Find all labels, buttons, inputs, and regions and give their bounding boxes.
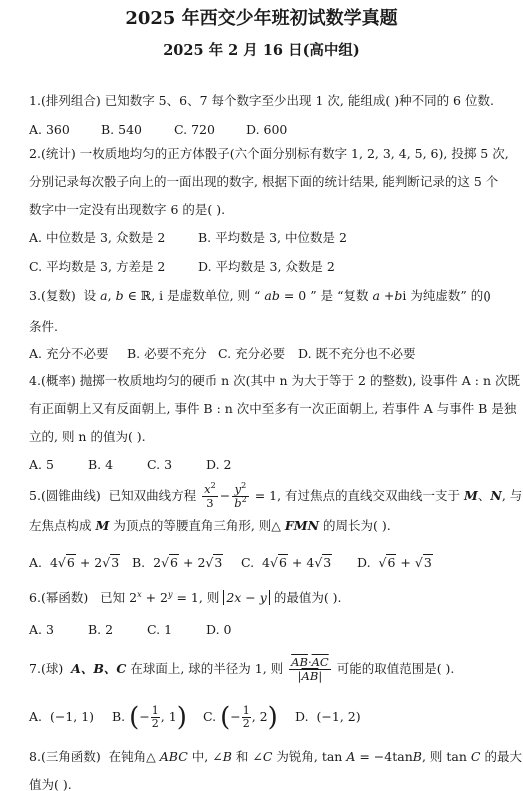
exam-date-subtitle: 2025 年 2 月 16 日(高中组) (0, 39, 523, 60)
sqrt: √6 (379, 555, 397, 571)
question-number: 8. (29, 749, 41, 764)
coefficient: 4 (306, 555, 314, 570)
option-label: C. (241, 555, 254, 570)
upper-bound: , 2 (252, 709, 268, 724)
option-value: (−1, 1) (50, 709, 94, 724)
text: 在钝角△ (109, 749, 156, 764)
text: 为锐角, tan (276, 749, 342, 764)
math-var: a (100, 288, 107, 303)
option-d: D. √6 + √3 (357, 555, 433, 571)
question-8: 8.(三角函数) 在钝角△ ABC 中, ∠B 和 ∠C 为锐角, tan A … (29, 749, 522, 765)
question-category: (排列组合) (41, 93, 101, 108)
sqrt: √6 (58, 555, 76, 571)
option-c: C. 充分必要 (218, 346, 285, 362)
answer-blank-close: ) (486, 288, 491, 304)
question-4: 4.(概率) 抛掷一枚质地均匀的硬币 n 次(其中 n 为大于等于 2 的整数)… (29, 373, 520, 389)
sqrt: √3 (102, 555, 120, 571)
question-number: 1. (29, 93, 41, 108)
option-value: (−1, 2) (317, 709, 361, 724)
text: 中, ∠ (192, 749, 223, 764)
math-var: FMN (285, 518, 319, 533)
math-var: a (372, 288, 379, 303)
coefficient: 2 (153, 555, 161, 570)
option-a: A. 中位数是 3, 众数是 2 (29, 230, 165, 246)
option-d: D. 0 (206, 622, 231, 638)
option-b: B. (−12, 1) (112, 700, 187, 734)
question-category: (复数) (41, 288, 76, 303)
option-a: A. 5 (29, 457, 54, 473)
option-c: C. 1 (147, 622, 172, 638)
math-var: A (346, 749, 355, 764)
text: ∈ ℝ, i 是虚数单位, 则 “ (128, 288, 261, 303)
option-b: B. 平均数是 3, 中位数是 2 (198, 230, 347, 246)
text: + (384, 288, 394, 303)
sqrt: √6 (270, 555, 288, 571)
text: = −4tan (359, 749, 412, 764)
option-b: B. 2√6 + 2√3 (132, 555, 223, 571)
math-var: M (96, 518, 110, 533)
option-label: D. (357, 555, 371, 570)
sign: − (139, 709, 149, 724)
text: 在球面上, 球的半径为 1, 则 (130, 661, 283, 676)
sqrt: √3 (205, 555, 223, 571)
option-b: B. 2 (88, 622, 113, 638)
vector-ab: AB (302, 669, 319, 683)
question-number: 6. (29, 590, 41, 605)
question-category: (三角函数) (41, 749, 101, 764)
option-a: A. 360 (29, 122, 70, 138)
operator: + (80, 555, 90, 570)
fraction-dot-product: AB·AC|AB| (289, 656, 331, 683)
math-var: B (223, 749, 232, 764)
math-var: M (464, 488, 478, 503)
option-b: B. 540 (101, 122, 142, 138)
radicand: 3 (213, 554, 223, 570)
text: , 则 tan (422, 749, 467, 764)
question-2-line-2: 分别记录每次骰子向上的一面出现的数字, 根据下面的统计结果, 能判断记录的这 5… (29, 174, 498, 190)
question-category: (概率) (41, 373, 76, 388)
vector-ab: AB (291, 655, 308, 669)
option-label: B. (132, 555, 145, 570)
option-c: C. 720 (174, 122, 215, 138)
upper-bound: , 1 (161, 709, 177, 724)
radicand: 3 (423, 554, 433, 570)
question-number: 2. (29, 146, 41, 161)
text: = 1, 则 (176, 590, 219, 605)
option-a: A. (−1, 1) (29, 709, 94, 725)
text: 已知 2 (100, 590, 137, 605)
fraction: 12 (151, 705, 160, 730)
question-2: 2.(统计) 一枚质地均匀的正方体骰子(六个面分别标有数字 1, 2, 3, 4… (29, 146, 509, 162)
math-expr: 2x − y (226, 590, 267, 605)
fraction-x2-over-3: x23 (202, 483, 218, 510)
math-var: y (168, 590, 173, 599)
operator: + (292, 555, 302, 570)
option-label: B. (112, 709, 125, 724)
math-var: b (116, 288, 124, 303)
option-d: D. 既不充分也不必要 (298, 346, 416, 362)
option-label: A. (29, 555, 42, 570)
coefficient: 2 (94, 555, 102, 570)
page-title: 2025 年西交少年班初试数学真题 (0, 4, 523, 30)
fraction: 12 (242, 705, 251, 730)
question-number: 4. (29, 373, 41, 388)
option-c: C. (−12, 2) (203, 700, 278, 734)
question-text: 一枚质地均匀的正方体骰子(六个面分别标有数字 1, 2, 3, 4, 5, 6)… (80, 146, 509, 161)
question-number: 5. (29, 488, 41, 503)
radicand: 6 (169, 554, 179, 570)
math-var: A、B、C (71, 661, 126, 676)
question-category: (圆锥曲线) (41, 488, 101, 503)
sqrt: √3 (415, 555, 433, 571)
question-text: 已知数字 5、6、7 每个数字至少出现 1 次, 能组成( )种不同的 6 位数… (105, 93, 494, 108)
vector-ac: AC (312, 655, 329, 669)
text: 可能的取值范围是( ). (337, 661, 455, 676)
option-a: A. 3 (29, 622, 54, 638)
option-d: D. 600 (246, 122, 287, 138)
coefficient: 4 (50, 555, 58, 570)
radicand: 6 (66, 554, 76, 570)
option-label: D. (295, 709, 309, 724)
math-var: x (137, 590, 142, 599)
denominator: 2 (242, 718, 251, 730)
operator: + (400, 555, 410, 570)
question-category: (幂函数) (41, 590, 88, 605)
option-a: A. 充分不必要 (29, 346, 108, 362)
text: 和 ∠ (236, 749, 263, 764)
text: , (108, 288, 112, 303)
math-var: B (413, 749, 422, 764)
question-text: 抛掷一枚质地均匀的硬币 n 次(其中 n 为大于等于 2 的整数), 设事件 A… (80, 373, 520, 388)
text: 为顶点的等腰直角三角形, 则△ (113, 518, 281, 533)
math-var: C (263, 749, 273, 764)
question-5: 5.(圆锥曲线) 已知双曲线方程 x23−y2b2 = 1, 有过焦点的直线交双… (29, 482, 522, 510)
coefficient: 2 (197, 555, 205, 570)
radicand: 6 (386, 554, 396, 570)
coefficient: 4 (262, 555, 270, 570)
text: 左焦点构成 (29, 518, 92, 533)
operator: + (183, 555, 193, 570)
question-1: 1.(排列组合) 已知数字 5、6、7 每个数字至少出现 1 次, 能组成( )… (29, 93, 494, 109)
text: 设 (84, 288, 97, 303)
radicand: 3 (110, 554, 120, 570)
sqrt: √3 (314, 555, 332, 571)
question-8-line-2: 值为( ). (29, 777, 72, 791)
option-d: D. (−1, 2) (295, 709, 361, 725)
question-4-line-2: 有正面朝上又有反面朝上, 事件 B : n 次中至多有一次正面朝上, 若事件 A… (29, 401, 516, 417)
text: 的最值为( ). (274, 590, 342, 605)
question-2-line-3: 数字中一定没有出现数字 6 的是( ). (29, 202, 225, 218)
text: = 1, 有过焦点的直线交双曲线一支于 (255, 488, 460, 503)
option-d: D. 平均数是 3, 众数是 2 (198, 259, 335, 275)
text: 已知双曲线方程 (109, 488, 197, 503)
question-3: 3.(复数) 设 a, b ∈ ℝ, i 是虚数单位, 则 “ ab = 0 ”… (29, 288, 488, 304)
text: 的周长为( ). (323, 518, 391, 533)
math-var: ABC (160, 749, 188, 764)
option-b: B. 4 (88, 457, 113, 473)
option-a: A. 4√6 + 2√3 (29, 555, 120, 571)
question-number: 7. (29, 661, 41, 676)
text: − (220, 488, 230, 503)
sqrt: √6 (161, 555, 179, 571)
question-7: 7.(球) A、B、C 在球面上, 球的半径为 1, 则 AB·AC|AB| 可… (29, 654, 454, 684)
option-c: C. 平均数是 3, 方差是 2 (29, 259, 165, 275)
radicand: 6 (278, 554, 288, 570)
question-5-line-2: 左焦点构成 M 为顶点的等腰直角三角形, 则△ FMN 的周长为( ). (29, 518, 391, 534)
question-3-line-2: 条件. (29, 319, 58, 335)
math-var: C (471, 749, 481, 764)
denominator: 2 (151, 718, 160, 730)
denominator: 3 (202, 497, 218, 510)
option-d: D. 2 (206, 457, 231, 473)
text: = 0 ” 是 “复数 (284, 288, 369, 303)
math-var: N (490, 488, 501, 503)
option-c: C. 4√6 + 4√3 (241, 555, 332, 571)
option-c: C. 3 (147, 457, 172, 473)
math-var: ab (264, 288, 279, 303)
text: , 与 (502, 488, 522, 503)
option-label: C. (203, 709, 216, 724)
text: + 2 (146, 590, 168, 605)
math-var: b (234, 496, 241, 510)
option-b: B. 必要不充分 (127, 346, 207, 362)
text: 、 (478, 488, 491, 503)
question-6: 6.(幂函数) 已知 2x + 2y = 1, 则 2x − y 的最值为( )… (29, 590, 342, 606)
absolute-value: 2x − y (223, 590, 270, 605)
text: i 为纯虚数” 的( (402, 288, 488, 303)
sign: − (230, 709, 240, 724)
question-4-line-3: 立的, 则 n 的值为( ). (29, 429, 146, 445)
question-number: 3. (29, 288, 41, 303)
option-label: A. (29, 709, 42, 724)
text: 的最大 (484, 749, 522, 764)
fraction-y2-over-b2: y2b2 (232, 483, 248, 510)
radicand: 3 (322, 554, 332, 570)
question-category: (统计) (41, 146, 76, 161)
question-category: (球) (41, 661, 63, 676)
